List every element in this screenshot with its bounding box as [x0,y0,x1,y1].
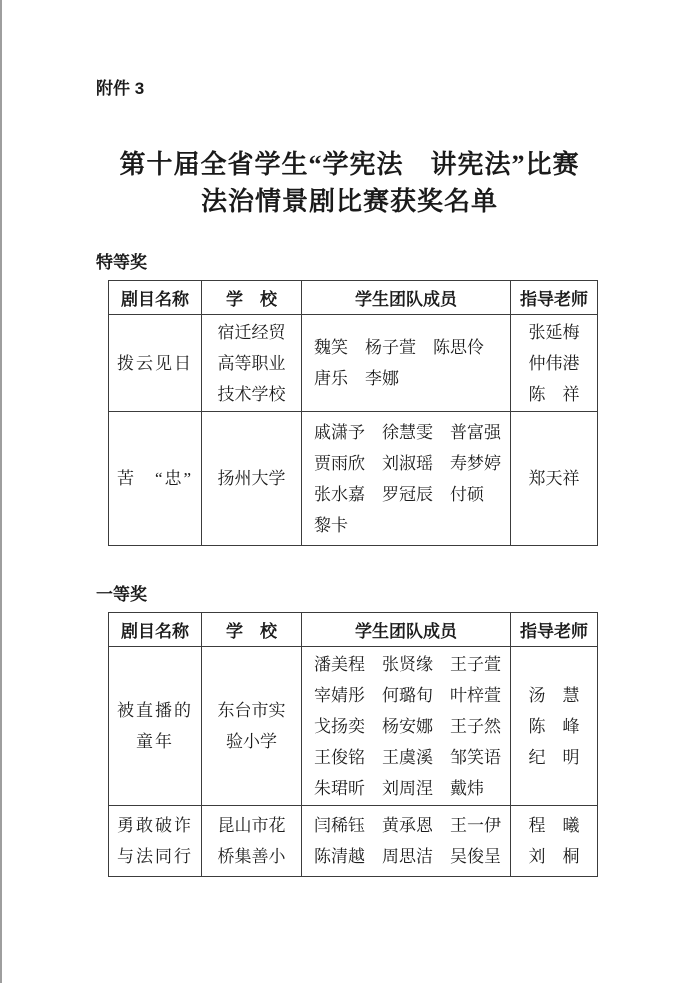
table-header-row: 剧目名称 学 校 学生团队成员 指导老师 [109,613,598,647]
section-label-first-prize: 一等奖 [96,584,699,606]
first-prize-table: 剧目名称 学 校 学生团队成员 指导老师 被直播的 童年 东台市实 验小学 潘美… [108,612,598,877]
cell-play-name: 勇敢破诈 与法同行 [109,806,202,877]
cell-team-members: 闫稀钰 黄承恩 王一伊 陈清越 周思洁 吴俊呈 [302,806,511,877]
col-header-team-members: 学生团队成员 [302,281,511,315]
cell-instructors: 张延梅 仲伟港 陈 祥 [511,315,598,412]
cell-team-members: 戚潇予 徐慧雯 普富强 贾雨欣 刘淑瑶 寿梦婷 张水嘉 罗冠辰 付硕 黎卡 [302,412,511,546]
cell-play-name: 拨云见日 [109,315,202,412]
col-header-school: 学 校 [202,613,302,647]
cell-play-name: 被直播的 童年 [109,647,202,806]
cell-school: 东台市实 验小学 [202,647,302,806]
cell-instructors: 程 曦 刘 桐 [511,806,598,877]
col-header-instructors: 指导老师 [511,281,598,315]
col-header-team-members: 学生团队成员 [302,613,511,647]
document-page: 附件 3 第十届全省学生“学宪法 讲宪法”比赛 法治情景剧比赛获奖名单 特等奖 … [0,0,699,983]
col-header-school: 学 校 [202,281,302,315]
table-row: 勇敢破诈 与法同行 昆山市花 桥集善小 闫稀钰 黄承恩 王一伊 陈清越 周思洁 … [109,806,598,877]
page-left-edge [0,0,2,983]
title-line-1: 第十届全省学生“学宪法 讲宪法”比赛 [0,146,699,183]
document-title: 第十届全省学生“学宪法 讲宪法”比赛 法治情景剧比赛获奖名单 [0,146,699,220]
cell-school: 扬州大学 [202,412,302,546]
special-prize-table: 剧目名称 学 校 学生团队成员 指导老师 拨云见日 宿迁经贸 高等职业 技术学校… [108,280,598,546]
col-header-play-name: 剧目名称 [109,613,202,647]
title-line-2: 法治情景剧比赛获奖名单 [0,183,699,220]
cell-instructors: 汤 慧 陈 峰 纪 明 [511,647,598,806]
cell-instructors: 郑天祥 [511,412,598,546]
cell-play-name: 苦 “忠” [109,412,202,546]
table-row: 拨云见日 宿迁经贸 高等职业 技术学校 魏笑 杨子萱 陈思伶 唐乐 李娜 张延梅… [109,315,598,412]
cell-school: 宿迁经贸 高等职业 技术学校 [202,315,302,412]
col-header-instructors: 指导老师 [511,613,598,647]
table-header-row: 剧目名称 学 校 学生团队成员 指导老师 [109,281,598,315]
table-row: 被直播的 童年 东台市实 验小学 潘美程 张贤缘 王子萱 宰婧彤 何璐旬 叶梓萱… [109,647,598,806]
section-label-special-prize: 特等奖 [96,252,699,274]
col-header-play-name: 剧目名称 [109,281,202,315]
cell-team-members: 魏笑 杨子萱 陈思伶 唐乐 李娜 [302,315,511,412]
attachment-label: 附件 3 [0,0,699,100]
table-row: 苦 “忠” 扬州大学 戚潇予 徐慧雯 普富强 贾雨欣 刘淑瑶 寿梦婷 张水嘉 罗… [109,412,598,546]
cell-team-members: 潘美程 张贤缘 王子萱 宰婧彤 何璐旬 叶梓萱 戈扬奕 杨安娜 王子然 王俊铭 … [302,647,511,806]
cell-school: 昆山市花 桥集善小 [202,806,302,877]
